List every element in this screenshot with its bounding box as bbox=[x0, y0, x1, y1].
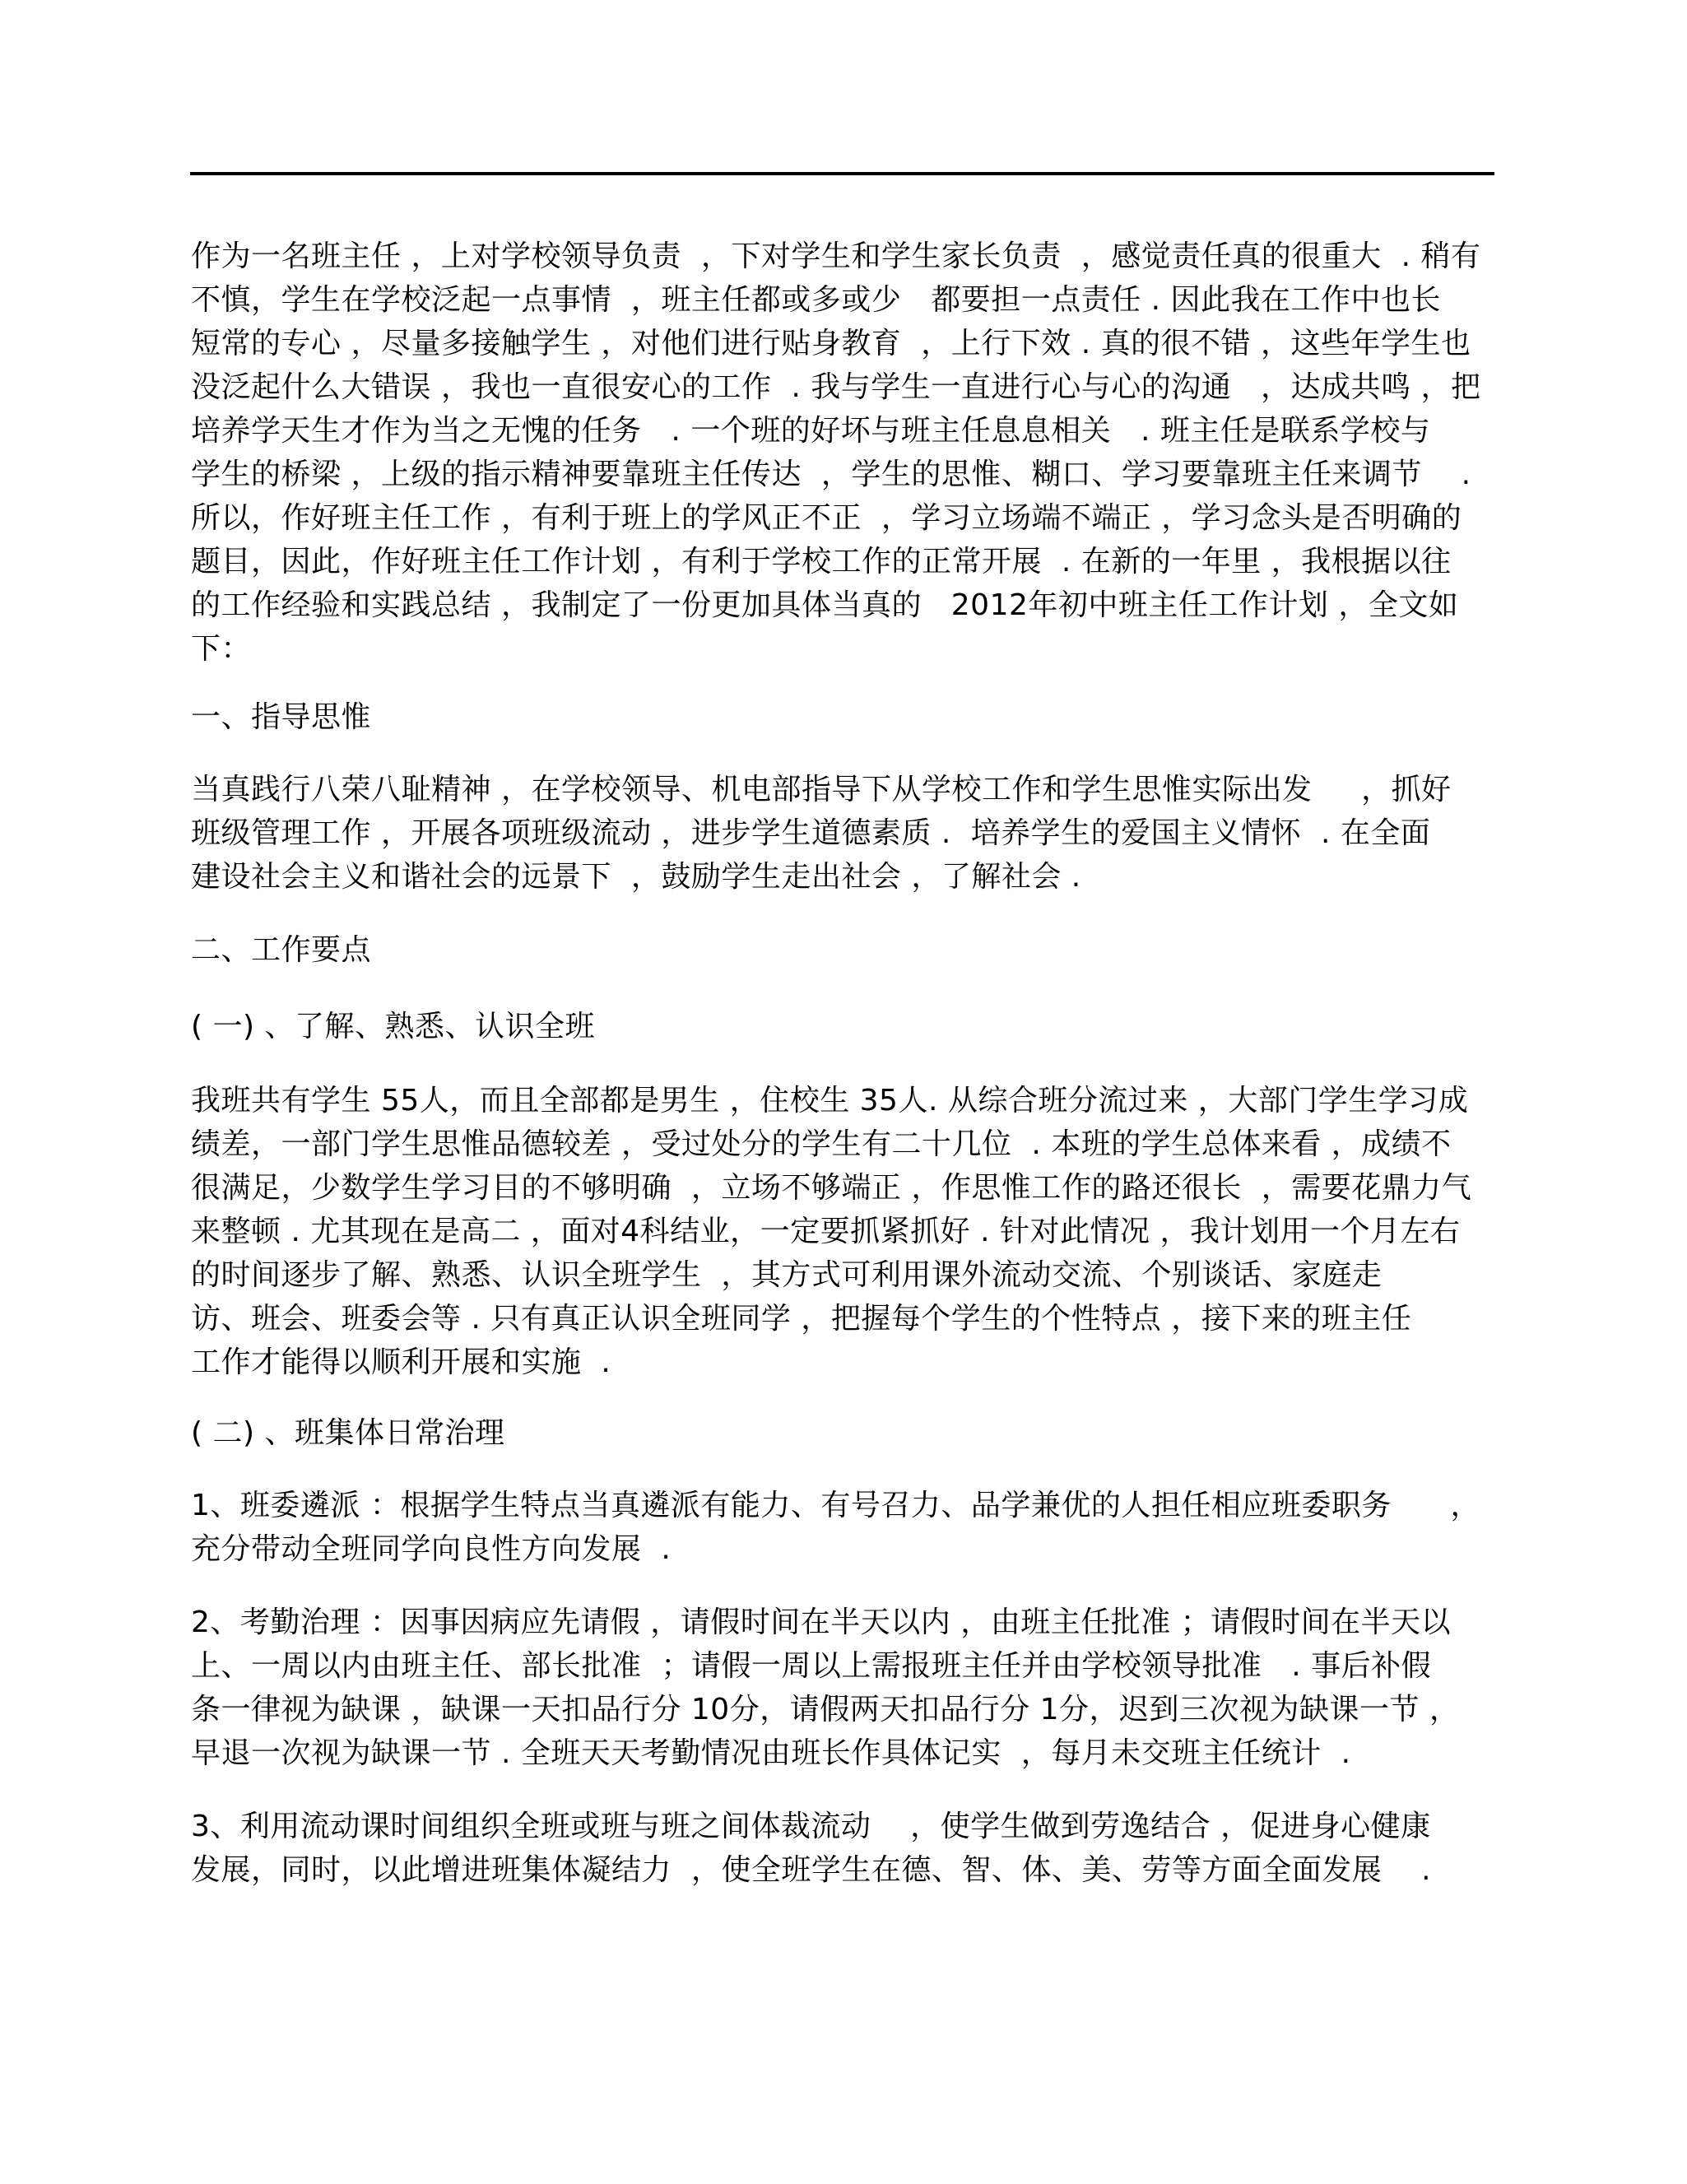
paragraph-line: 题目，因此，作好班主任工作计划 ，有利于学校工作的正常开展 . 在新的一年里 ，… bbox=[191, 544, 1452, 580]
header-rule bbox=[190, 172, 1494, 175]
paragraph-line: 的工作经验和实践总结 ，我制定了一份更加具体当真的 2012年初中班主任工作计划… bbox=[191, 588, 1458, 624]
paragraph-line: 建设社会主义和谐社会的远景下 ，鼓励学生走出社会 ，了解社会 . bbox=[191, 859, 1081, 895]
heading-text: 一、指导思惟 bbox=[191, 699, 371, 736]
paragraph-line: 很满足，少数学生学习目的不够明确 ，立场不够端正 ，作思惟工作的路还很长 ，需要… bbox=[191, 1170, 1471, 1206]
paragraph-line: 3、利用流动课时间组织全班或班与班之间体裁流动 ，使学生做到劳逸结合 ，促进身心… bbox=[191, 1809, 1431, 1845]
paragraph-line: 培养学天生才作为当之无愧的任务 . 一个班的好坏与班主任息息相关 . 班主任是联… bbox=[191, 413, 1430, 449]
paragraph-line: 学生的桥梁 ，上级的指示精神要靠班主任传达 ，学生的思惟、糊口、学习要靠班主任来… bbox=[191, 457, 1471, 493]
paragraph-line: 来整顿 . 尤其现在是高二 ，面对4科结业，一定要抓紧抓好 . 针对此情况 ，我… bbox=[191, 1214, 1460, 1250]
paragraph-line: 2、考勤治理 ：因事因病应先请假 ，请假时间在半天以内 ，由班主任批准 ；请假时… bbox=[191, 1605, 1451, 1641]
heading-text: ( 二) 、班集体日常治理 bbox=[191, 1415, 504, 1452]
paragraph-line: 绩差，一部门学生思惟品德较差 ，受过处分的学生有二十几位 . 本班的学生总体来看… bbox=[191, 1127, 1452, 1163]
paragraph-line: 充分带动全班同学向良性方向发展 . bbox=[191, 1531, 671, 1568]
paragraph-line: 短常的专心 ，尽量多接触学生 ，对他们进行贴身教育 ，上行下效 . 真的很不错 … bbox=[191, 326, 1471, 362]
paragraph-line: 上、一周以内由班主任、部长批准 ；请假一周以上需报班主任并由学校领导批准 . 事… bbox=[191, 1648, 1431, 1684]
paragraph-line: 当真践行八荣八耻精神 ，在学校领导、机电部指导下从学校工作和学生思惟实际出发 ，… bbox=[191, 772, 1452, 808]
paragraph-line: 1、班委遴派 ：根据学生特点当真遴派有能力、有号召力、品学兼优的人担任相应班委职… bbox=[191, 1488, 1480, 1524]
paragraph-line: 不慎，学生在学校泛起一点事情 ，班主任都或多或少 都要担一点责任 . 因此我在工… bbox=[191, 282, 1441, 318]
paragraph-line: 工作才能得以顺利开展和实施 . bbox=[191, 1345, 611, 1381]
paragraph-line: 发展，同时，以此增进班集体凝结力 ，使全班学生在德、智、体、美、劳等方面全面发展… bbox=[191, 1852, 1431, 1889]
document-page: 作为一名班主任 ，上对学校领导负责 ，下对学生和学生家长负责 ，感觉责任真的很重… bbox=[0, 0, 1687, 2184]
heading-text: 二、工作要点 bbox=[191, 932, 371, 969]
paragraph-line: 访、班会、班委会等 . 只有真正认识全班同学 ，把握每个学生的个性特点 ，接下来… bbox=[191, 1301, 1411, 1337]
heading-text: ( 一) 、了解、熟悉、认识全班 bbox=[191, 1009, 595, 1045]
paragraph-line: 班级管理工作 ，开展各项班级流动 ，进步学生道德素质 . 培养学生的爱国主义情怀… bbox=[191, 816, 1430, 852]
paragraph-line: 作为一名班主任 ，上对学校领导负责 ，下对学生和学生家长负责 ，感觉责任真的很重… bbox=[191, 239, 1481, 275]
paragraph-line: 的时间逐步了解、熟悉、认识全班学生 ，其方式可利用课外流动交流、个别谈话、家庭走 bbox=[191, 1257, 1382, 1294]
paragraph-line: 条一律视为缺课 ，缺课一天扣品行分 10分，请假两天扣品行分 1分，迟到三次视为… bbox=[191, 1692, 1460, 1728]
paragraph-line: 下： bbox=[191, 631, 251, 667]
paragraph-line: 没泛起什么大错误 ，我也一直很安心的工作 . 我与学生一直进行心与心的沟通 ，达… bbox=[191, 369, 1481, 406]
paragraph-line: 早退一次视为缺课一节 . 全班天天考勤情况由班长作具体记实 ，每月未交班主任统计… bbox=[191, 1736, 1351, 1772]
paragraph-line: 我班共有学生 55人，而且全部都是男生 ，住校生 35人. 从综合班分流过来 ，… bbox=[191, 1083, 1468, 1119]
paragraph-line: 所以，作好班主任工作 ，有利于班上的学风正不正 ，学习立场端不端正 ，学习念头是… bbox=[191, 500, 1462, 537]
